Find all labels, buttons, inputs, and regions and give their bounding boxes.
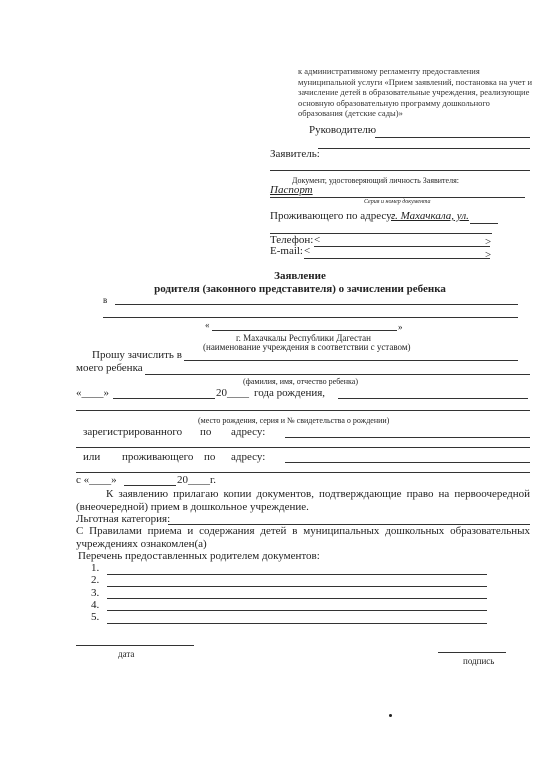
head-label: Руководителю (309, 124, 376, 137)
registered-address-field[interactable] (285, 437, 530, 438)
email-label: E-mail: (270, 245, 303, 258)
attach-text: К заявлению прилагаю копии документов, п… (76, 488, 530, 514)
institution-caption: (наименование учреждения в соответствии … (203, 342, 411, 353)
docs-field-1[interactable] (107, 574, 487, 575)
institution-name-field[interactable] (212, 330, 397, 331)
docs-field-3[interactable] (107, 598, 487, 599)
docs-item-2: 2. (91, 574, 99, 587)
institution-field-1[interactable] (115, 304, 518, 305)
docs-field-4[interactable] (107, 610, 487, 611)
dob-month-field[interactable] (113, 398, 215, 399)
dob-year[interactable]: 20____ (216, 387, 249, 400)
child-label: моего ребенка (76, 362, 143, 375)
docs-list-label: Перечень предоставленных родителем докум… (78, 550, 320, 563)
scan-speck (389, 714, 392, 717)
enroll-label: Прошу зачислить в (92, 349, 182, 362)
id-doc-label: Документ, удостоверяющий личность Заявит… (292, 176, 459, 186)
birth-place-field[interactable] (338, 398, 528, 399)
id-doc-value[interactable]: Паспорт (270, 184, 313, 197)
doc-title: Заявление (0, 270, 558, 283)
living-word-3: по (204, 451, 215, 464)
signature-label: подпись (463, 656, 494, 667)
institution-field-2[interactable] (103, 317, 518, 318)
applicant-field[interactable] (270, 170, 530, 171)
head-name-field-2[interactable] (318, 148, 530, 149)
doc-subtitle: родителя (законного представителя) о зач… (0, 283, 558, 296)
email-field[interactable] (304, 258, 490, 259)
applicant-label: Заявитель: (270, 148, 320, 161)
living-word-4: адресу: (231, 451, 265, 464)
docs-field-5[interactable] (107, 623, 487, 624)
residence-value[interactable]: г. Махачкала, ул. (391, 210, 469, 223)
docs-field-2[interactable] (107, 586, 487, 587)
quote-close: » (398, 322, 403, 333)
rules-text: С Правилами приема и содержания детей в … (76, 525, 530, 551)
living-address-field-2[interactable] (76, 472, 530, 473)
registered-word-2: по (200, 426, 211, 439)
institution-prefix: в (103, 295, 107, 306)
head-name-field[interactable] (375, 137, 530, 138)
registered-word-1: зарегистрированного (83, 426, 182, 439)
child-name-field[interactable] (145, 374, 530, 375)
id-doc-caption: Серия и номер документа (364, 198, 430, 206)
registered-address-field-2[interactable] (76, 447, 530, 448)
date-label: дата (118, 649, 134, 660)
living-word-1: или (83, 451, 100, 464)
signature-field[interactable] (438, 652, 506, 653)
living-address-field[interactable] (285, 462, 530, 463)
enroll-field[interactable] (184, 360, 518, 361)
since-year[interactable]: 20____г. (177, 474, 216, 487)
email-open-bracket: < (304, 245, 310, 258)
birth-caption: (место рождения, серия и № свидетельства… (198, 416, 389, 426)
dob-label: года рождения, (254, 387, 325, 400)
since-day[interactable]: с «____» (76, 474, 117, 487)
phone-close-bracket: > (485, 236, 491, 249)
date-field[interactable] (76, 645, 194, 646)
docs-item-5: 5. (91, 611, 99, 624)
since-month-field[interactable] (124, 485, 176, 486)
regulation-reference: к административному регламенту предостав… (298, 66, 534, 119)
birth-cert-field[interactable] (76, 410, 530, 411)
dob-day[interactable]: «____» (76, 387, 109, 400)
email-close-bracket: > (485, 249, 491, 262)
residence-label: Проживающего по адресу: (270, 210, 395, 223)
child-caption: (фамилия, имя, отчество ребенка) (243, 377, 358, 387)
registered-word-3: адресу: (231, 426, 265, 439)
phone-field[interactable] (314, 246, 490, 247)
living-word-2: проживающего (122, 451, 193, 464)
residence-field-tail[interactable] (470, 223, 498, 224)
quote-open: « (205, 320, 210, 331)
